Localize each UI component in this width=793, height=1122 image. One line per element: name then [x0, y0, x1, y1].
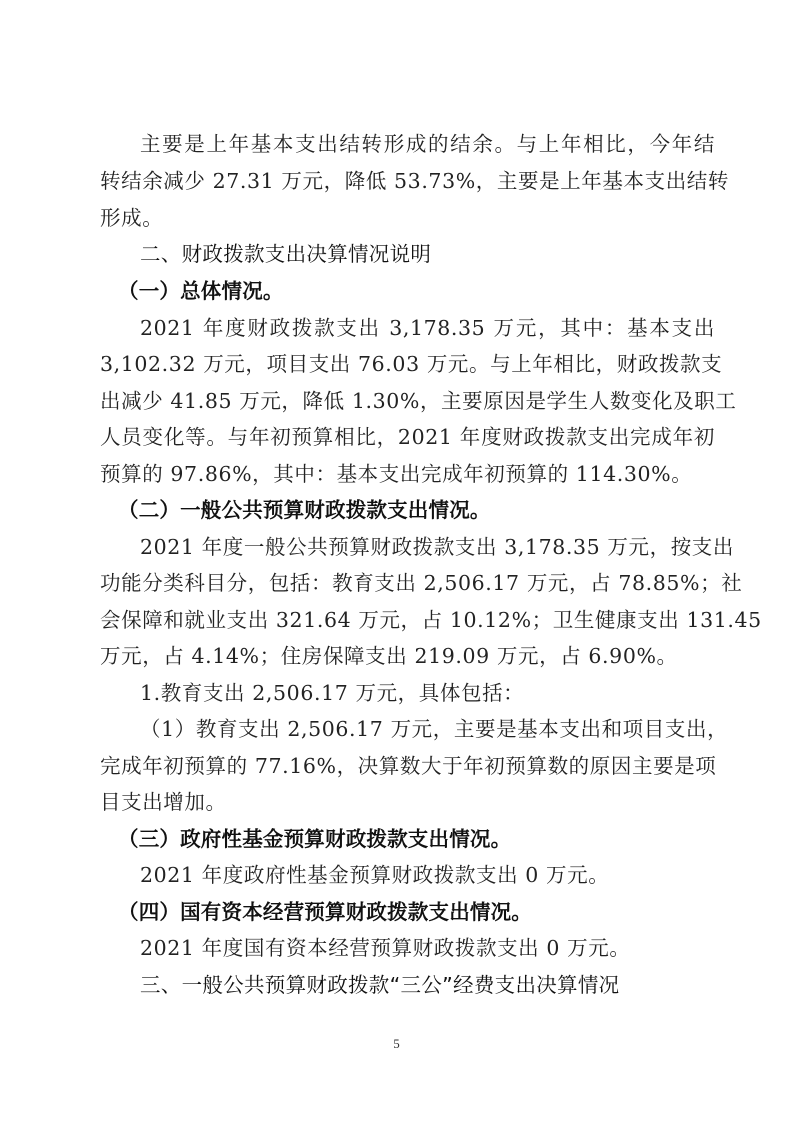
paragraph-line: 完成年初预算的 77.16%，决算数大于年初预算数的原因主要是项	[100, 752, 715, 780]
paragraph-line: 2021 年度政府性基金预算财政拨款支出 0 万元。	[140, 861, 715, 889]
paragraph-line: 2021 年度国有资本经营预算财政拨款支出 0 万元。	[140, 934, 715, 962]
paragraph-line: 1.教育支出 2,506.17 万元，具体包括：	[140, 679, 715, 707]
subsection-heading: （一）总体情况。	[118, 277, 733, 305]
paragraph-line: 3,102.32 万元，项目支出 76.03 万元。与上年相比，财政拨款支	[100, 350, 715, 378]
paragraph-line: （1）教育支出 2,506.17 万元，主要是基本支出和项目支出，	[140, 715, 715, 743]
paragraph-line: 主要是上年基本支出结转形成的结余。与上年相比，今年结	[140, 130, 715, 158]
paragraph-line: 预算的 97.86%，其中：基本支出完成年初预算的 114.30%。	[100, 460, 715, 488]
paragraph-line: 2021 年度一般公共预算财政拨款支出 3,178.35 万元，按支出	[140, 533, 715, 561]
paragraph-line: 2021 年度财政拨款支出 3,178.35 万元，其中：基本支出	[140, 314, 715, 342]
paragraph-line: 会保障和就业支出 321.64 万元，占 10.12%；卫生健康支出 131.4…	[100, 606, 715, 634]
section-heading: 二、财政拨款支出决算情况说明	[140, 240, 755, 268]
subsection-heading: （三）政府性基金预算财政拨款支出情况。	[118, 825, 733, 853]
paragraph-line: 转结余减少 27.31 万元，降低 53.73%，主要是上年基本支出结转	[100, 167, 715, 195]
section-heading: 三、一般公共预算财政拨款“三公”经费支出决算情况	[140, 971, 755, 999]
paragraph-line: 万元，占 4.14%；住房保障支出 219.09 万元，占 6.90%。	[100, 642, 715, 670]
paragraph-line: 出减少 41.85 万元，降低 1.30%，主要原因是学生人数变化及职工	[100, 387, 715, 415]
subsection-heading: （二）一般公共预算财政拨款支出情况。	[118, 496, 733, 524]
document-page: 主要是上年基本支出结转形成的结余。与上年相比，今年结转结余减少 27.31 万元…	[0, 0, 793, 1122]
paragraph-line: 目支出增加。	[100, 788, 715, 816]
page-number: 5	[0, 1036, 793, 1052]
paragraph-line: 形成。	[100, 204, 715, 232]
paragraph-line: 人员变化等。与年初预算相比，2021 年度财政拨款支出完成年初	[100, 423, 715, 451]
subsection-heading: （四）国有资本经营预算财政拨款支出情况。	[118, 898, 733, 926]
paragraph-line: 功能分类科目分，包括：教育支出 2,506.17 万元，占 78.85%；社	[100, 569, 715, 597]
